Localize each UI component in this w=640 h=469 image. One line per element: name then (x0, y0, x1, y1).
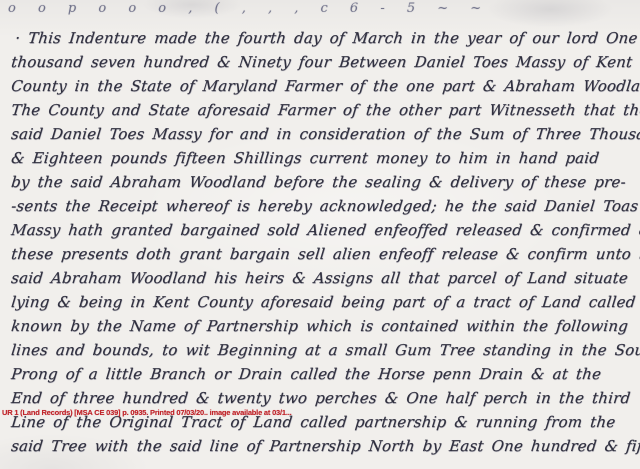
manuscript-line: known by the Name of Partnership which i… (10, 314, 639, 338)
manuscript-line: these presents doth grant bargain sell a… (10, 242, 639, 266)
manuscript-text-block: · This Indenture made the fourth day of … (10, 26, 636, 458)
manuscript-line: County in the State of Maryland Farmer o… (10, 74, 639, 98)
manuscript-line: lines and bounds, to wit Beginning at a … (10, 338, 639, 362)
manuscript-line: Prong of a little Branch or Drain called… (10, 362, 639, 386)
manuscript-line: -sents the Receipt whereof is hereby ack… (10, 194, 639, 218)
manuscript-line: End of three hundred & twenty two perche… (10, 386, 639, 410)
cropped-pen-loop-fragments: o o p o o o , ( , , , c 6 - 5 ~ ~ (8, 1, 638, 16)
archive-citation-watermark: UR 1 (Land Records) [MSA CE 039] p. 0935… (2, 408, 332, 417)
manuscript-line: said Tree with the said line of Partners… (10, 434, 639, 458)
manuscript-line: by the said Abraham Woodland before the … (10, 170, 639, 194)
manuscript-line: said Daniel Toes Massy for and in consid… (10, 122, 639, 146)
manuscript-line: · This Indenture made the fourth day of … (10, 26, 639, 50)
manuscript-line: The County and State aforesaid Farmer of… (10, 98, 639, 122)
manuscript-line: Massy hath granted bargained sold Aliene… (10, 218, 639, 242)
manuscript-line: thousand seven hundred & Ninety four Bet… (10, 50, 639, 74)
manuscript-line: & Eighteen pounds fifteen Shillings curr… (10, 146, 639, 170)
manuscript-line: said Abraham Woodland his heirs & Assign… (10, 266, 639, 290)
scanned-document-page: o o p o o o , ( , , , c 6 - 5 ~ ~ · This… (0, 0, 640, 469)
manuscript-line: lying & being in Kent County aforesaid b… (10, 290, 639, 314)
